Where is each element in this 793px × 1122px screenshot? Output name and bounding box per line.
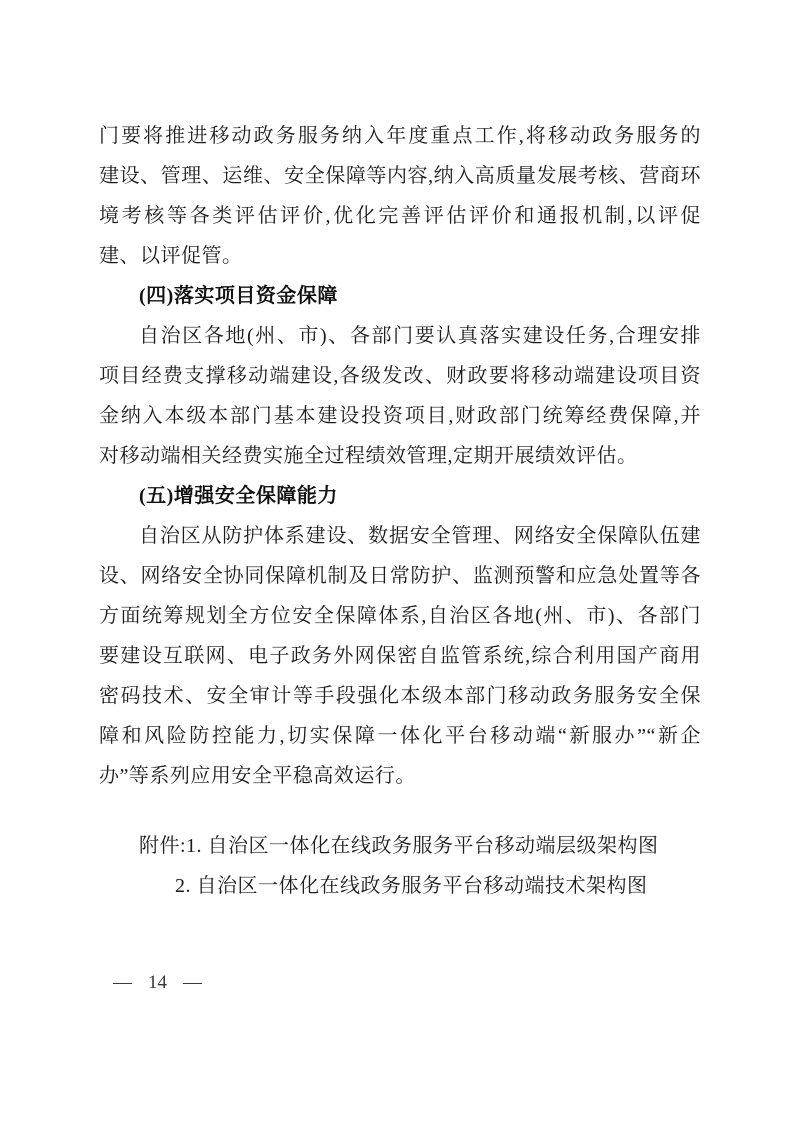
document-page: 门要将推进移动政务服务纳入年度重点工作,将移动政务服务的建设、管理、运维、安全保… — [0, 0, 793, 1122]
body-line: 方面统筹规划全方位安全保障体系,自治区各地(州、市)、各部门 — [99, 596, 701, 636]
body-line: 建、以评促管。 — [99, 236, 701, 276]
body-line: 设、网络安全协同保障机制及日常防护、监测预警和应急处置等各 — [99, 556, 701, 596]
body-line: 金纳入本级本部门基本建设投资项目,财政部门统筹经费保障,并 — [99, 396, 701, 436]
body-line: 自治区从防护体系建设、数据安全管理、网络安全保障队伍建 — [99, 516, 701, 556]
body-line: 对移动端相关经费实施全过程绩效管理,定期开展绩效评估。 — [99, 436, 701, 476]
footer-dash-right: — — [183, 970, 202, 996]
body-line: 密码技术、安全审计等手段强化本级本部门移动政务服务安全保 — [99, 676, 701, 716]
body-line: 要建设互联网、电子政务外网保密自监管系统,综合利用国产商用 — [99, 636, 701, 676]
section-heading: (四)落实项目资金保障 — [99, 276, 701, 316]
body-line: 办”等系列应用安全平稳高效运行。 — [99, 756, 701, 796]
attachment-line: 2. 自治区一体化在线政务服务平台移动端技术架构图 — [99, 866, 701, 906]
body-line: 自治区各地(州、市)、各部门要认真落实建设任务,合理安排 — [99, 316, 701, 356]
attachment-block: 附件:1. 自治区一体化在线政务服务平台移动端层级架构图2. 自治区一体化在线政… — [99, 826, 701, 906]
body-line: 建设、管理、运维、安全保障等内容,纳入高质量发展考核、营商环 — [99, 156, 701, 196]
body-line: 障和风险防控能力,切实保障一体化平台移动端“新服办”“新企 — [99, 716, 701, 756]
attachment-line: 附件:1. 自治区一体化在线政务服务平台移动端层级架构图 — [99, 826, 701, 866]
section-heading: (五)增强安全保障能力 — [99, 476, 701, 516]
body-line: 境考核等各类评估评价,优化完善评估评价和通报机制,以评促 — [99, 196, 701, 236]
text-block: 门要将推进移动政务服务纳入年度重点工作,将移动政务服务的建设、管理、运维、安全保… — [99, 116, 701, 796]
page-footer: — 14 — — [113, 970, 202, 996]
page-number: 14 — [148, 970, 167, 996]
body-line: 门要将推进移动政务服务纳入年度重点工作,将移动政务服务的 — [99, 116, 701, 156]
footer-dash-left: — — [113, 970, 132, 996]
body-line: 项目经费支撑移动端建设,各级发改、财政要将移动端建设项目资 — [99, 356, 701, 396]
